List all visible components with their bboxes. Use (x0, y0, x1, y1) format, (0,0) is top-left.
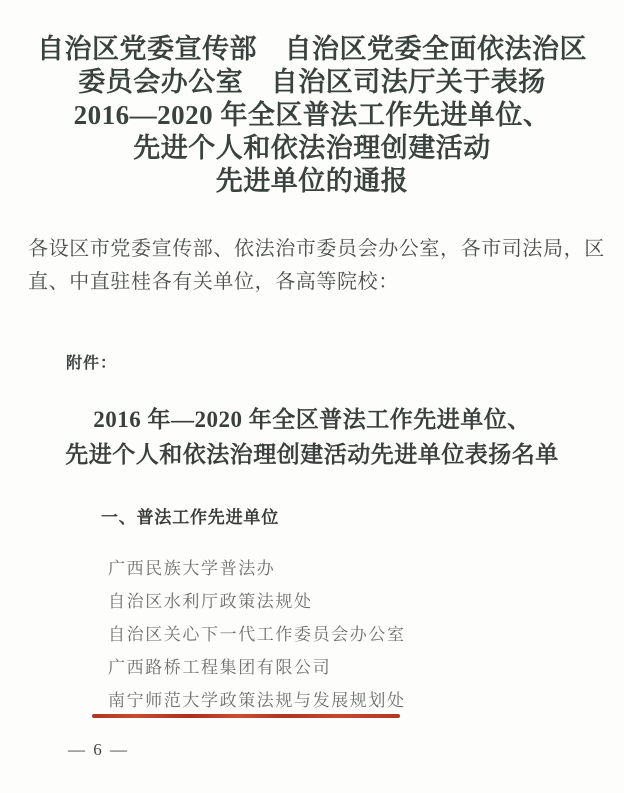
document-title: 自治区党委宣传部 自治区党委全面依法治区 委员会办公室 自治区司法厅关于表扬 2… (0, 33, 624, 198)
list-item: 广西民族大学普法办 (108, 558, 406, 580)
list-item: 自治区关心下一代工作委员会办公室 (108, 624, 406, 646)
attachment-title-line-2: 先进个人和依法治理创建活动先进单位表扬名单 (0, 437, 624, 472)
page-number: — 6 — (68, 740, 129, 760)
recipients-line-1: 各设区市党委宣传部、依法治市委员会办公室，各市司法局，区 (28, 233, 603, 266)
commended-units-list: 广西民族大学普法办 自治区水利厅政策法规处 自治区关心下一代工作委员会办公室 广… (108, 558, 406, 723)
document-title-line-4: 先进个人和依法治理创建活动 (0, 132, 624, 165)
attachment-label: 附件： (66, 350, 117, 373)
document-title-line-3: 2016—2020 年全区普法工作先进单位、 (0, 99, 624, 132)
document-title-line-5: 先进单位的通报 (0, 165, 624, 198)
document-title-line-1: 自治区党委宣传部 自治区党委全面依法治区 (0, 33, 624, 66)
recipients-line-2: 直、中直驻桂各有关单位，各高等院校： (28, 266, 603, 299)
attachment-title: 2016 年—2020 年全区普法工作先进单位、 先进个人和依法治理创建活动先进… (0, 402, 624, 472)
attachment-title-line-1: 2016 年—2020 年全区普法工作先进单位、 (0, 402, 624, 437)
list-item: 广西路桥工程集团有限公司 (108, 657, 406, 679)
recipients-paragraph: 各设区市党委宣传部、依法治市委员会办公室，各市司法局，区 直、中直驻桂各有关单位… (28, 233, 603, 298)
document-page: 自治区党委宣传部 自治区党委全面依法治区 委员会办公室 自治区司法厅关于表扬 2… (0, 0, 624, 793)
section-heading-law-publicity-units: 一、普法工作先进单位 (101, 506, 279, 530)
list-item: 自治区水利厅政策法规处 (108, 591, 406, 613)
list-item-highlighted: 南宁师范大学政策法规与发展规划处 (108, 690, 406, 712)
document-title-line-2: 委员会办公室 自治区司法厅关于表扬 (0, 66, 624, 99)
red-underline-annotation (92, 714, 400, 718)
